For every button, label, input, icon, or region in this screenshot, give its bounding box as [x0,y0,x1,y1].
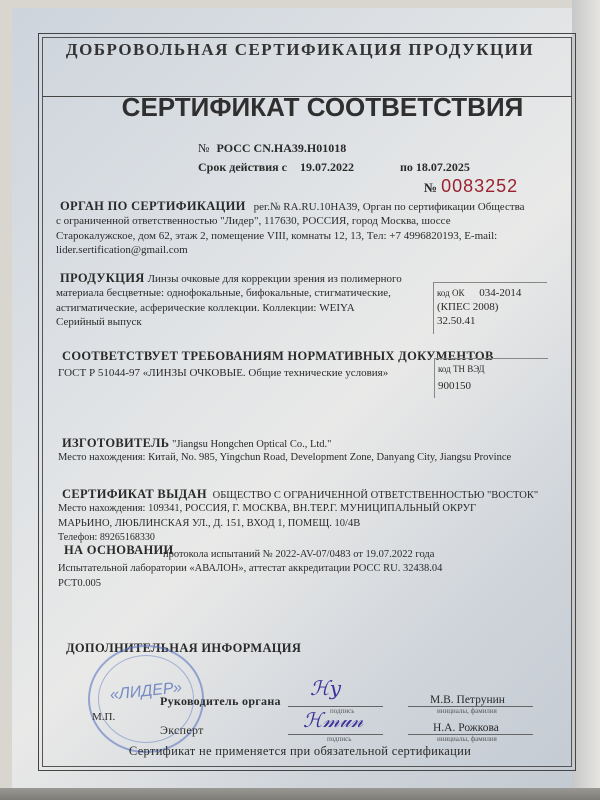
basis-heading: НА ОСНОВАНИИ [64,543,174,558]
certificate-number: № РОСС CN.НА39.Н01018 [198,141,346,156]
valid-from: 19.07.2022 [300,160,354,174]
manufacturer-address: Место нахождения: Китай, No. 985, Yingch… [58,451,511,465]
certification-body-heading: ОРГАН ПО СЕРТИФИКАЦИИ [60,199,246,213]
product-section: ПРОДУКЦИЯЛинзы очковые для коррекции зре… [56,271,406,329]
issued-to-address-line1: Место нахождения: 109341, РОССИЯ, Г. МОС… [58,502,476,517]
serial-number: № 0083252 [424,176,518,197]
head-label: Руководитель органа [160,694,281,709]
expert-signature: ℋ𝓂𝓊𝓃 [303,708,363,732]
certification-body-text-rest: ограниченной ответственностью "Лидер", 1… [56,215,497,256]
issued-to-section: СЕРТИФИКАТ ВЫДАН ОБЩЕСТВО С ОГРАНИЧЕННОЙ… [62,487,538,503]
head-signature: ℋy [310,676,341,700]
issued-to-heading: СЕРТИФИКАТ ВЫДАН [62,487,207,501]
valid-to-label: по [400,160,413,174]
head-name-caption: инициалы, фамилия [437,707,497,715]
seal-place-label: М.П. [92,710,115,724]
basis-laboratory: Испытательной лаборатории «АВАЛОН», атте… [58,562,442,577]
tn-ved-label: код ТН ВЭД [438,364,485,374]
expert-name: Н.А. Рожкова [433,721,499,735]
tn-ved-box: код ТН ВЭД 900150 [434,358,548,398]
voluntary-certification-header: ДОБРОВОЛЬНАЯ СЕРТИФИКАЦИЯ ПРОДУКЦИИ [0,40,600,60]
footer-note: Сертификат не применяется при обязательн… [0,744,600,759]
manufacturer-name: "Jiangsu Hongchen Optical Co., Ltd." [172,439,331,450]
product-description-rest: материала бесцветные: однофокальные, биф… [56,287,391,313]
basis-protocol: протокола испытаний № 2022-AV-07/0483 от… [163,548,434,562]
manufacturer-section: ИЗГОТОВИТЕЛЬ "Jiangsu Hongchen Optical C… [62,436,331,452]
ok-code-value: 034-2014 [479,287,521,299]
tn-ved-value: 900150 [438,380,471,392]
expert-name-caption: инициалы, фамилия [437,735,497,743]
head-name: М.В. Петрунин [430,693,505,707]
number-value: РОСС CN.НА39.Н01018 [216,141,346,155]
issued-to-address-line2: МАРЬИНО, ЛЮБЛИНСКАЯ УЛ., Д. 151, ВХОД 1,… [58,517,476,532]
ok-code-box: код ОК 034-2014 (КПЕС 2008) 32.50.41 [433,282,547,334]
basis-accreditation: РСТ0.005 [58,577,442,592]
product-heading: ПРОДУКЦИЯ [60,271,145,285]
certification-body-section: ОРГАН ПО СЕРТИФИКАЦИИрег.№ RA.RU.10НА39,… [56,199,526,257]
product-description: Линзы очковые для коррекции зрения из по… [148,273,402,285]
issued-to-name: ОБЩЕСТВО С ОГРАНИЧЕННОЙ ОТВЕТСТВЕННОСТЬЮ… [213,490,539,501]
ok-code-label: код ОК [437,288,465,298]
expert-sign-caption: подпись [327,735,351,743]
additional-info-heading: ДОПОЛНИТЕЛЬНАЯ ИНФОРМАЦИЯ [66,641,301,656]
manufacturer-heading: ИЗГОТОВИТЕЛЬ [62,436,169,450]
number-label: № [198,141,209,155]
conformity-heading: СООТВЕТСТВУЕТ ТРЕБОВАНИЯМ НОРМАТИВНЫХ ДО… [62,349,494,364]
certificate-title: СЕРТИФИКАТ СООТВЕТСТВИЯ [60,92,585,123]
table-surface [0,788,600,800]
validity-label: Срок действия с [198,160,287,174]
serial-label: № [424,180,437,195]
validity-period: Срок действия с 19.07.2022 [198,160,354,175]
ok-code-kpes: (КПЕС 2008) [437,301,498,313]
issued-to-details: Место нахождения: 109341, РОССИЯ, Г. МОС… [58,502,476,546]
basis-details: Испытательной лаборатории «АВАЛОН», атте… [58,562,442,591]
conformity-standard: ГОСТ Р 51044-97 «ЛИНЗЫ ОЧКОВЫЕ. Общие те… [58,366,388,380]
ok-code-number: 32.50.41 [437,315,476,327]
expert-label: Эксперт [160,723,204,738]
release-type: Серийный выпуск [56,316,142,328]
valid-to-block: по 18.07.2025 [400,160,470,175]
valid-to: 18.07.2025 [416,160,470,174]
serial-value: 0083252 [441,176,518,196]
